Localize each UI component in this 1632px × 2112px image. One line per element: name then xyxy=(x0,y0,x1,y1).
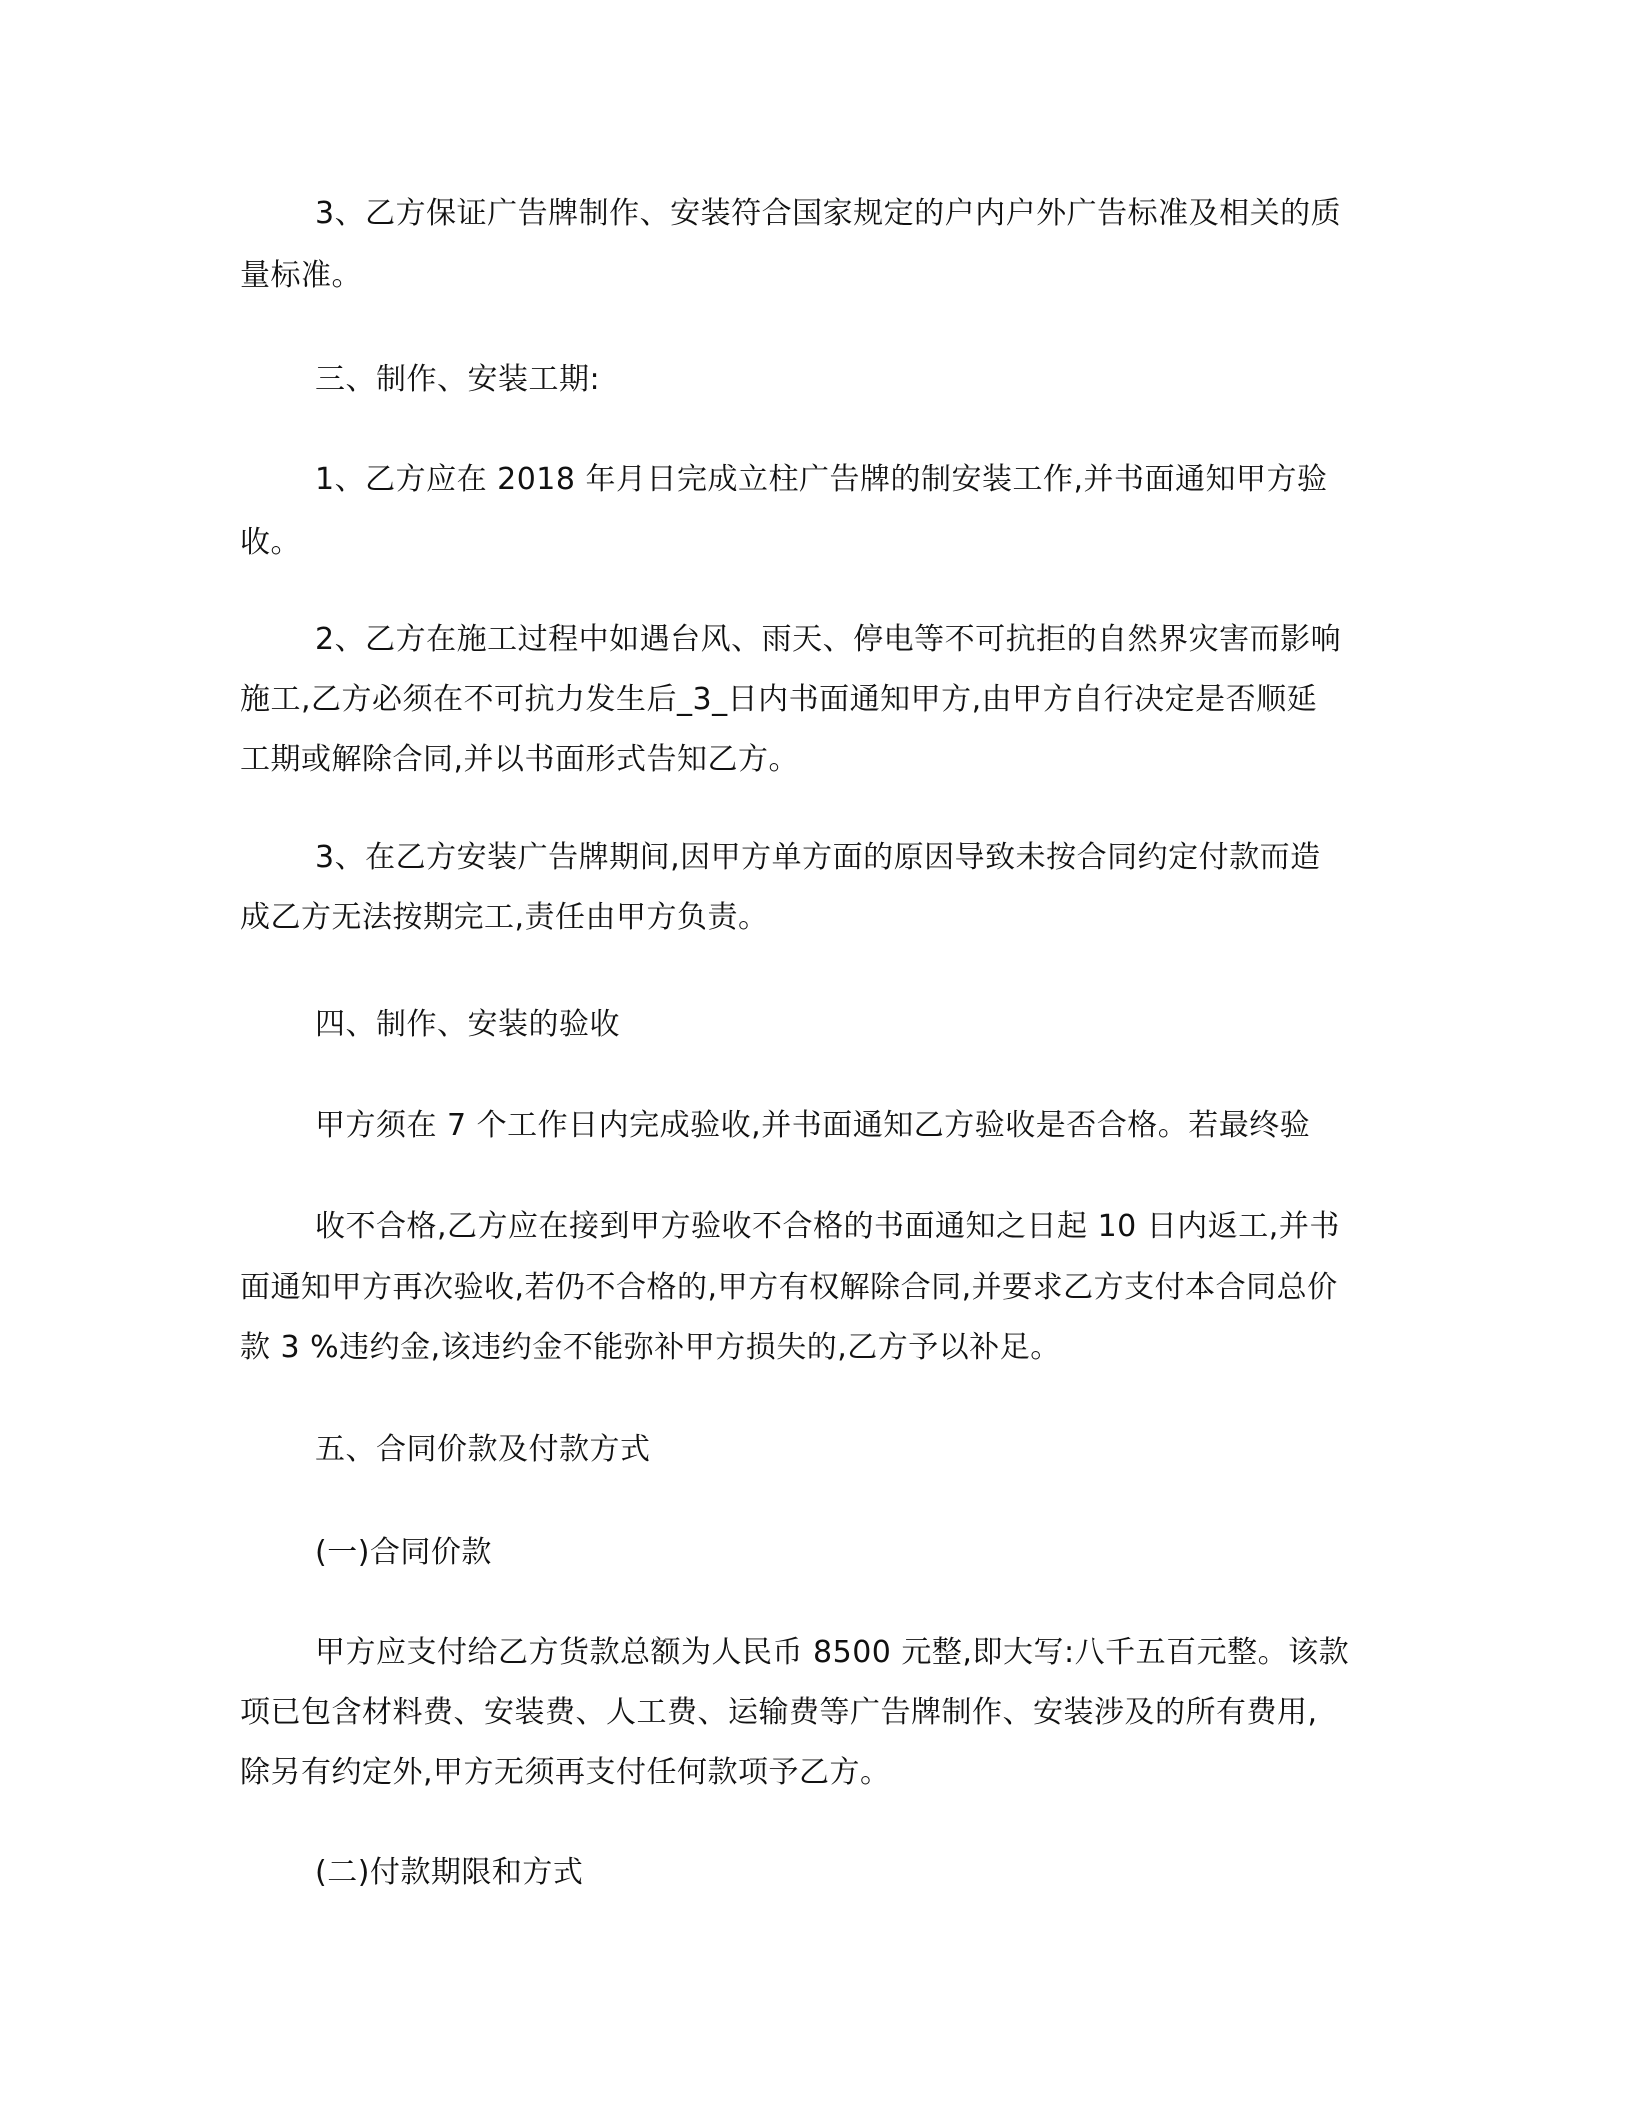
clause-3-quality-standard-line-2: 量标准。 xyxy=(240,256,1390,296)
contract-price-paragraph-line-3: 除另有约定外,甲方无须再支付任何款项予乙方。 xyxy=(240,1753,1390,1793)
acceptance-paragraph-line-1: 甲方须在 7 个工作日内完成验收,并书面通知乙方验收是否合格。若最终验 xyxy=(315,1106,1390,1146)
clause-2-force-majeure-line-1: 2、乙方在施工过程中如遇台风、雨天、停电等不可抗拒的自然界灾害而影响 xyxy=(315,620,1390,660)
contract-price-paragraph-line-2: 项已包含材料费、安装费、人工费、运输费等广告牌制作、安装涉及的所有费用, xyxy=(240,1693,1390,1733)
clause-2-force-majeure-line-3: 工期或解除合同,并以书面形式告知乙方。 xyxy=(240,740,1390,780)
document-page: 3、乙方保证广告牌制作、安装符合国家规定的户内户外广告标准及相关的质 量标准。 … xyxy=(0,0,1632,2112)
clause-1-deadline-line-2: 收。 xyxy=(240,523,1390,563)
clause-3-payment-delay-line-1: 3、在乙方安装广告牌期间,因甲方单方面的原因导致未按合同约定付款而造 xyxy=(315,838,1390,878)
section-4-heading: 四、制作、安装的验收 xyxy=(315,1005,1390,1045)
acceptance-paragraph-line-2: 收不合格,乙方应在接到甲方验收不合格的书面通知之日起 10 日内返工,并书 xyxy=(315,1207,1390,1247)
section-5-heading: 五、合同价款及付款方式 xyxy=(315,1430,1390,1470)
subsection-payment-terms-heading: (二)付款期限和方式 xyxy=(315,1853,1390,1893)
clause-3-payment-delay-line-2: 成乙方无法按期完工,责任由甲方负责。 xyxy=(240,898,1390,938)
clause-1-deadline-line-1: 1、乙方应在 2018 年月日完成立柱广告牌的制安装工作,并书面通知甲方验 xyxy=(315,460,1390,500)
contract-price-paragraph-line-1: 甲方应支付给乙方货款总额为人民币 8500 元整,即大写:八千五百元整。该款 xyxy=(315,1633,1390,1673)
clause-3-quality-standard-line-1: 3、乙方保证广告牌制作、安装符合国家规定的户内户外广告标准及相关的质 xyxy=(315,194,1390,234)
clause-2-force-majeure-line-2: 施工,乙方必须在不可抗力发生后_3_日内书面通知甲方,由甲方自行决定是否顺延 xyxy=(240,680,1390,720)
acceptance-paragraph-line-3: 面通知甲方再次验收,若仍不合格的,甲方有权解除合同,并要求乙方支付本合同总价 xyxy=(240,1268,1390,1308)
section-3-heading: 三、制作、安装工期: xyxy=(315,360,1390,400)
subsection-contract-price-heading: (一)合同价款 xyxy=(315,1533,1390,1573)
acceptance-paragraph-line-4: 款 3 %违约金,该违约金不能弥补甲方损失的,乙方予以补足。 xyxy=(240,1328,1390,1368)
